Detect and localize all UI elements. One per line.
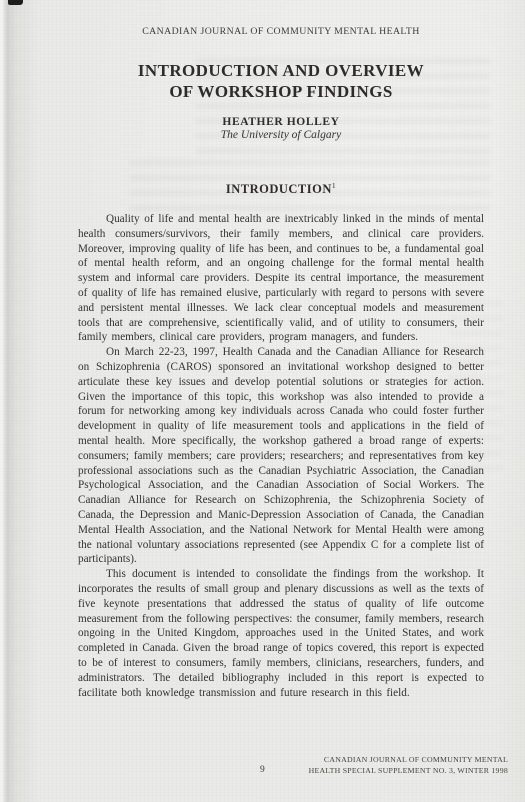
footer-journal-citation: CANADIAN JOURNAL OF COMMUNITY MENTAL HEA…	[309, 755, 508, 776]
author-name: HEATHER HOLLEY	[78, 116, 484, 128]
page-number: 9	[260, 765, 265, 775]
journal-running-head: CANADIAN JOURNAL OF COMMUNITY MENTAL HEA…	[78, 26, 484, 37]
article-title: INTRODUCTION AND OVERVIEW OF WORKSHOP FI…	[78, 60, 484, 102]
article-body: Quality of life and mental health are in…	[78, 212, 484, 700]
article-title-line2: OF WORKSHOP FINDINGS	[78, 81, 484, 102]
footer-journal-line2: HEALTH SPECIAL SUPPLEMENT NO. 3, WINTER …	[309, 766, 508, 777]
paragraph-2: On March 22-23, 1997, Health Canada and …	[78, 345, 484, 567]
scan-artifact-corner-mark	[8, 0, 23, 5]
section-heading-label: INTRODUCTION	[226, 182, 332, 196]
section-heading: INTRODUCTION1	[78, 182, 484, 197]
paragraph-3: This document is intended to consolidate…	[78, 567, 484, 700]
footer-journal-line1: CANADIAN JOURNAL OF COMMUNITY MENTAL	[309, 755, 508, 766]
footnote-marker: 1	[332, 181, 336, 190]
author-affiliation: The University of Calgary	[78, 129, 484, 141]
article-title-line1: INTRODUCTION AND OVERVIEW	[78, 60, 484, 81]
page-content: CANADIAN JOURNAL OF COMMUNITY MENTAL HEA…	[78, 26, 484, 700]
paragraph-1: Quality of life and mental health are in…	[78, 212, 484, 345]
scanned-journal-page: CANADIAN JOURNAL OF COMMUNITY MENTAL HEA…	[0, 0, 525, 802]
